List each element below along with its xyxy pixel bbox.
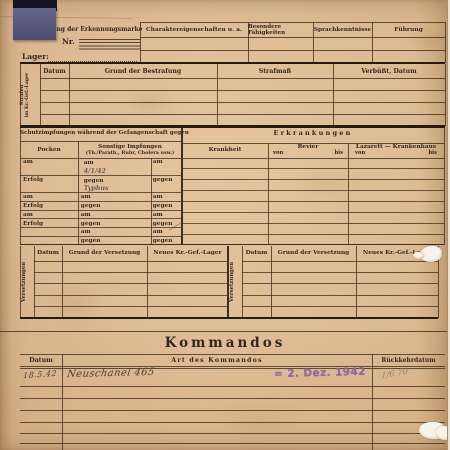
- impfungen-row: am am am: [20, 193, 182, 202]
- impfungen-title: Schutzimpfungen während der Gefangenscha…: [20, 131, 182, 137]
- erkrankungen-row: [182, 235, 444, 245]
- nr-label: Nr.: [62, 38, 75, 46]
- impfungen-row: Erfolg gegen gegen: [20, 202, 182, 211]
- strafen-header-strafmass: Strafmaß: [217, 65, 333, 78]
- impfungen-row: am am am: [20, 211, 182, 220]
- impfungen-header-pocken: Pocken: [20, 142, 78, 158]
- erkrankungen-header-lazarett: Lazarett — Krankenhaus vonbis: [348, 143, 444, 158]
- erkrankungen-title: Erkrankungen: [182, 130, 444, 137]
- date-stamp: = 2. Dez. 1942: [274, 366, 366, 380]
- erkrankungen-row: [182, 202, 444, 213]
- nr-ruled-lines: [79, 39, 141, 50]
- handwritten-return-date: 1/6 70: [381, 367, 408, 382]
- kommandos-header-art: Art des Kommandos: [62, 355, 372, 366]
- versetzungen-row: [242, 284, 438, 296]
- ribbon-tab-body: [13, 8, 56, 40]
- versetzungen-side-label: Versetzungen: [230, 247, 240, 317]
- erkrankungen-row: [182, 180, 444, 191]
- impfungen-header-sonstige: Sonstige Impfungen (Th./Parath., Ruhr, C…: [78, 142, 182, 158]
- impfungen-row: am am: [20, 228, 182, 237]
- impfungen-row: am am 4/1/42 am: [20, 158, 182, 176]
- versetzungen-body: [34, 261, 228, 318]
- erkrankungen-body: [182, 158, 444, 245]
- strafen-side-label: Strafenim Kr.-Gef.-Lager: [20, 64, 40, 126]
- kommandos-title: Kommandos: [125, 336, 325, 350]
- hole-punch: [413, 252, 424, 259]
- versetzungen-row: [34, 261, 228, 273]
- strafen-header-grund: Grund der Bestrafung: [69, 65, 217, 78]
- lager-dotted-line: [48, 53, 137, 62]
- strafen-header-datum: Datum: [40, 65, 69, 78]
- versetzungen-row: [34, 273, 228, 285]
- versetzungen-row: [34, 296, 228, 308]
- pow-record-card: Beschriftung der Erkennungsmarke Nr. Lag…: [0, 0, 450, 450]
- traits-header-fuehrung: Führung: [372, 23, 445, 37]
- erkrankungen-row: [182, 213, 444, 224]
- erkrankungen-row: [182, 191, 444, 202]
- handwritten-kommando-name: Neuschanel 465: [66, 367, 155, 380]
- strafen-header-verbuesst: Verbüßt, Datum: [333, 65, 445, 78]
- kommandos-header-datum: Datum: [20, 355, 62, 366]
- handwritten-vaccine-type: Typhus: [81, 184, 150, 192]
- handwritten-entry-date: 18.5.42: [23, 369, 58, 380]
- versetzungen-row: [242, 261, 438, 273]
- versetzungen-header-lager: Neues Kr.-Gef.-Lager: [147, 246, 228, 260]
- section-divider: [0, 331, 450, 332]
- traits-header-faehigkeiten: Besondere Fähigkeiten: [248, 23, 313, 37]
- erkrankungen-header-revier: Revier vonbis: [268, 143, 348, 158]
- versetzungen-row: [34, 284, 228, 296]
- traits-header-charakter: Charaktereigenschaften u. a.: [140, 23, 248, 37]
- handwritten-vaccine-date: 4/1/42: [81, 166, 150, 174]
- lager-label: Lager:: [22, 53, 49, 61]
- traits-header-sprachen: Sprachkenntnisse: [313, 23, 372, 37]
- impfungen-body: am am 4/1/42 am Erfolg gegen Typhus gege…: [20, 158, 182, 245]
- kommandos-header-rueckkehr: Rückkehrdatum: [372, 355, 445, 366]
- versetzungen-header-grund: Grund der Versetzung: [271, 246, 356, 260]
- versetzungen-side-label: Versetzungen: [22, 247, 32, 317]
- versetzungen-body: [242, 261, 438, 318]
- impfungen-row: Erfolg gegen gegen: [20, 219, 182, 228]
- versetzungen-row: [242, 273, 438, 285]
- erkrankungen-header-krankheit: Krankheit: [182, 143, 268, 158]
- impfungen-row: Erfolg gegen Typhus gegen: [20, 176, 182, 194]
- versetzungen-header-datum: Datum: [242, 246, 271, 260]
- erkrankungen-row: [182, 224, 444, 235]
- erkrankungen-row: [182, 158, 444, 169]
- versetzungen-header-datum: Datum: [34, 246, 62, 260]
- versetzungen-row: [242, 296, 438, 308]
- versetzungen-header-grund: Grund der Versetzung: [62, 246, 147, 260]
- erkrankungen-row: [182, 169, 444, 180]
